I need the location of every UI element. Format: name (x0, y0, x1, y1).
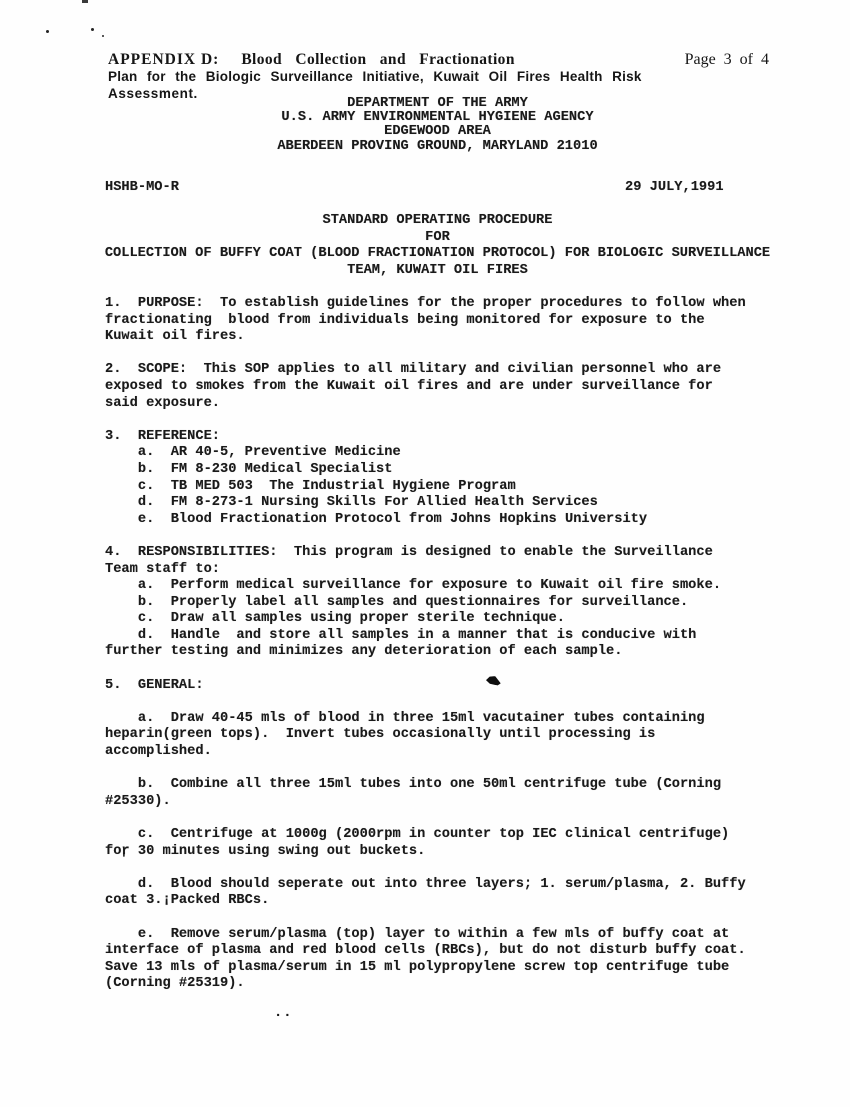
letterhead-line: EDGEWOOD AREA (105, 125, 770, 139)
scanned-document-page: ' .. APPENDIX D: Blood Collection and Fr… (0, 0, 850, 1107)
scan-speck-top-edge (82, 0, 88, 3)
document-header-row: APPENDIX D: Blood Collection and Fractio… (108, 51, 769, 69)
letterhead-line: ABERDEEN PROVING GROUND, MARYLAND 21010 (105, 140, 770, 154)
office-symbol-row: HSHB-MO-R 29 JULY,1991 (105, 180, 770, 197)
letterhead-line: DEPARTMENT OF THE ARMY (105, 97, 770, 111)
sop-title-line: STANDARD OPERATING PROCEDURE (98, 213, 777, 230)
army-letterhead: DEPARTMENT OF THE ARMY U.S. ARMY ENVIRON… (105, 97, 770, 154)
office-symbol: HSHB-MO-R (105, 180, 179, 195)
appendix-title: Blood Collection and Fractionation (241, 51, 515, 69)
scan-speck (102, 35, 104, 37)
sop-title-line: FOR (98, 230, 777, 247)
document-body-text: 1. PURPOSE: To establish guidelines for … (105, 296, 746, 993)
appendix-heading: APPENDIX D: Blood Collection and Fractio… (108, 51, 515, 69)
sop-title-line: COLLECTION OF BUFFY COAT (BLOOD FRACTION… (98, 246, 777, 263)
appendix-label: APPENDIX D: (108, 51, 219, 69)
footer-dots-mark: .. (274, 1006, 292, 1021)
sop-title-line: TEAM, KUWAIT OIL FIRES (98, 263, 777, 280)
letterhead-line: U.S. ARMY ENVIRONMENTAL HYGIENE AGENCY (105, 111, 770, 125)
sop-title-block: STANDARD OPERATING PROCEDURE FOR COLLECT… (98, 213, 777, 279)
scan-speck (91, 28, 94, 31)
document-date: 29 JULY,1991 (625, 180, 724, 195)
scan-speck (46, 30, 49, 33)
page-number: Page 3 of 4 (685, 51, 769, 69)
header-subtitle: Plan for the Biologic Surveillance Initi… (108, 69, 642, 84)
